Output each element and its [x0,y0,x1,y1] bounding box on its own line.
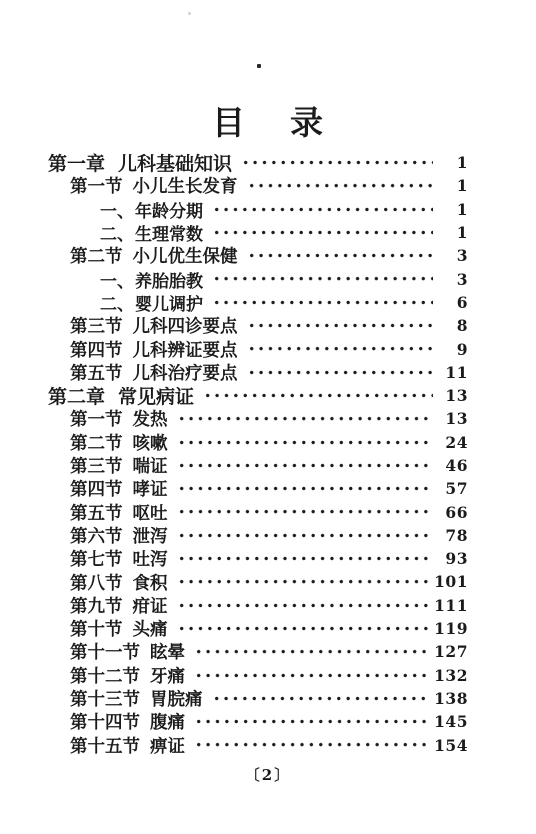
toc-entry-page-number: 78 [437,526,468,545]
toc-entry-title: 生理常数 [135,220,203,245]
dot-leader [175,617,431,640]
toc-entry-label: 第八节 [70,570,123,595]
toc-entry: 第二章 常见病证 13 [48,384,468,407]
toc-entry: 第二节 咳嗽 24 [48,431,468,454]
scanned-toc-page: 目 录 第一章 儿科基础知识 1 第一节 小儿生长发育 1 一、 年龄分期 1 … [0,0,536,834]
toc-entry-page-number: 101 [434,572,468,591]
toc-entry-label: 一、 [100,197,134,222]
toc-entry-title: 常见病证 [118,382,194,409]
toc-entry-title: 腹痛 [150,709,185,734]
toc-entry: 第五节 呕吐 66 [48,500,468,523]
toc-entry-title: 咳嗽 [133,430,168,455]
toc-entry: 第二节 小儿优生保健 3 [48,244,468,267]
page-title: 目 录 [0,97,536,144]
page-title-char-2: 录 [290,97,324,144]
toc-entry-label: 第二章 [48,382,105,409]
toc-entry-page-number: 145 [434,712,468,731]
toc-entry-label: 第十四节 [70,709,140,734]
toc-entry-label: 第五节 [70,500,123,525]
toc-entry-title: 儿科治疗要点 [133,360,238,385]
toc-entry-label: 第一章 [48,149,105,176]
toc-entry-page-number: 1 [437,223,468,242]
dot-leader [192,664,430,687]
toc-entry-page-number: 11 [437,363,468,382]
toc-entry-page-number: 6 [437,293,468,312]
toc-entry-title: 儿科基础知识 [118,149,232,176]
toc-entry-label: 第一节 [70,406,123,431]
toc-entry-label: 第二节 [70,430,123,455]
dot-leader [175,524,434,547]
toc-entry: 一、 年龄分期 1 [48,198,468,221]
toc-entry-page-number: 154 [434,736,468,755]
toc-entry: 第五节 儿科治疗要点 11 [48,361,468,384]
toc-entry-page-number: 132 [434,666,468,685]
dot-leader [201,384,433,407]
toc-entry-title: 食积 [133,570,168,595]
toc-entry-page-number: 13 [437,409,468,428]
toc-entry-page-number: 1 [437,200,468,219]
toc-entry-page-number: 46 [437,456,468,475]
dot-leader [245,337,434,360]
toc-entry-label: 第十五节 [70,733,140,758]
ink-speck-faint [188,12,191,15]
dot-leader [245,244,434,267]
toc-entry-label: 第一节 [70,173,123,198]
toc-entry: 第一节 发热 13 [48,407,468,430]
toc-entry-page-number: 138 [434,689,468,708]
toc-entry-title: 发热 [133,406,168,431]
toc-entry: 二、 婴儿调护 6 [48,291,468,314]
dot-leader [210,198,433,221]
toc-entry-label: 第四节 [70,476,123,501]
dot-leader [245,174,434,197]
dot-leader [245,314,434,337]
toc-entry-page-number: 119 [434,619,468,638]
toc-list: 第一章 儿科基础知识 1 第一节 小儿生长发育 1 一、 年龄分期 1 二、 生… [48,151,468,757]
toc-entry-label: 第十二节 [70,663,140,688]
dot-leader [175,431,434,454]
dot-leader [210,687,431,710]
toc-entry-title: 小儿优生保健 [133,243,238,268]
toc-entry: 第十一节 眩晕 127 [48,640,468,663]
toc-entry-title: 小儿生长发育 [133,173,238,198]
toc-entry: 第十五节 痹证 154 [48,733,468,756]
toc-entry-label: 二、 [100,220,134,245]
toc-entry-title: 婴儿调护 [135,290,203,315]
toc-entry-page-number: 13 [437,386,468,405]
dot-leader [175,594,431,617]
toc-entry-label: 第三节 [70,313,123,338]
toc-entry-label: 第四节 [70,337,123,362]
dot-leader [175,570,431,593]
toc-entry-title: 疳证 [133,593,168,618]
dot-leader [175,500,434,523]
toc-entry-title: 吐泻 [133,546,168,571]
toc-entry-title: 痹证 [150,733,185,758]
toc-entry-label: 第十三节 [70,686,140,711]
toc-entry-label: 一、 [100,267,134,292]
toc-entry: 第十二节 牙痛 132 [48,664,468,687]
toc-entry: 第十四节 腹痛 145 [48,710,468,733]
toc-entry: 第三节 儿科四诊要点 8 [48,314,468,337]
toc-entry-title: 年龄分期 [135,197,203,222]
dot-leader [192,733,430,756]
toc-entry: 二、 生理常数 1 [48,221,468,244]
toc-entry-page-number: 127 [434,642,468,661]
dot-leader [210,291,433,314]
dot-leader [175,547,434,570]
toc-entry-label: 第六节 [70,523,123,548]
toc-entry-title: 儿科辨证要点 [133,337,238,362]
dot-leader [192,640,430,663]
toc-entry-label: 第九节 [70,593,123,618]
toc-entry-label: 第十节 [70,616,123,641]
dot-leader [175,477,434,500]
toc-entry-title: 哮证 [133,476,168,501]
toc-entry-title: 眩晕 [150,639,185,664]
toc-entry: 一、 养胎胎教 3 [48,267,468,290]
toc-entry-page-number: 1 [437,153,468,172]
toc-entry-page-number: 66 [437,503,468,522]
toc-entry: 第九节 疳证 111 [48,594,468,617]
toc-entry-label: 第七节 [70,546,123,571]
dot-leader [175,454,434,477]
dot-leader [192,710,430,733]
dot-leader [210,267,433,290]
ink-speck [257,64,261,68]
toc-entry-label: 第十一节 [70,639,140,664]
toc-entry: 第八节 食积 101 [48,570,468,593]
page-title-char-1: 目 [212,97,246,144]
toc-entry: 第七节 吐泻 93 [48,547,468,570]
toc-entry-title: 泄泻 [133,523,168,548]
toc-entry: 第一章 儿科基础知识 1 [48,151,468,174]
toc-entry-page-number: 111 [434,596,468,615]
dot-leader [210,221,433,244]
toc-entry-label: 二、 [100,290,134,315]
dot-leader [175,407,434,430]
toc-entry-label: 第二节 [70,243,123,268]
toc-entry-title: 喘证 [133,453,168,478]
toc-entry-page-number: 93 [437,549,468,568]
toc-entry: 第三节 喘证 46 [48,454,468,477]
toc-entry-title: 呕吐 [133,500,168,525]
toc-entry-label: 第三节 [70,453,123,478]
toc-entry-label: 第五节 [70,360,123,385]
toc-entry: 第一节 小儿生长发育 1 [48,174,468,197]
toc-entry-title: 胃脘痛 [150,686,203,711]
toc-entry-page-number: 9 [437,340,468,359]
toc-entry-page-number: 1 [437,176,468,195]
page-number-footer: 〔2〕 [0,764,536,785]
toc-entry-page-number: 8 [437,316,468,335]
toc-entry-title: 牙痛 [150,663,185,688]
dot-leader [245,361,434,384]
toc-entry: 第十三节 胃脘痛 138 [48,687,468,710]
toc-entry-page-number: 24 [437,433,468,452]
toc-entry: 第四节 儿科辨证要点 9 [48,337,468,360]
toc-entry-title: 养胎胎教 [135,267,203,292]
dot-leader [239,151,433,174]
toc-entry-title: 儿科四诊要点 [133,313,238,338]
toc-entry-title: 头痛 [133,616,168,641]
toc-entry: 第十节 头痛 119 [48,617,468,640]
toc-entry: 第四节 哮证 57 [48,477,468,500]
toc-entry-page-number: 3 [437,270,468,289]
toc-entry: 第六节 泄泻 78 [48,524,468,547]
toc-entry-page-number: 3 [437,246,468,265]
toc-entry-page-number: 57 [437,479,468,498]
